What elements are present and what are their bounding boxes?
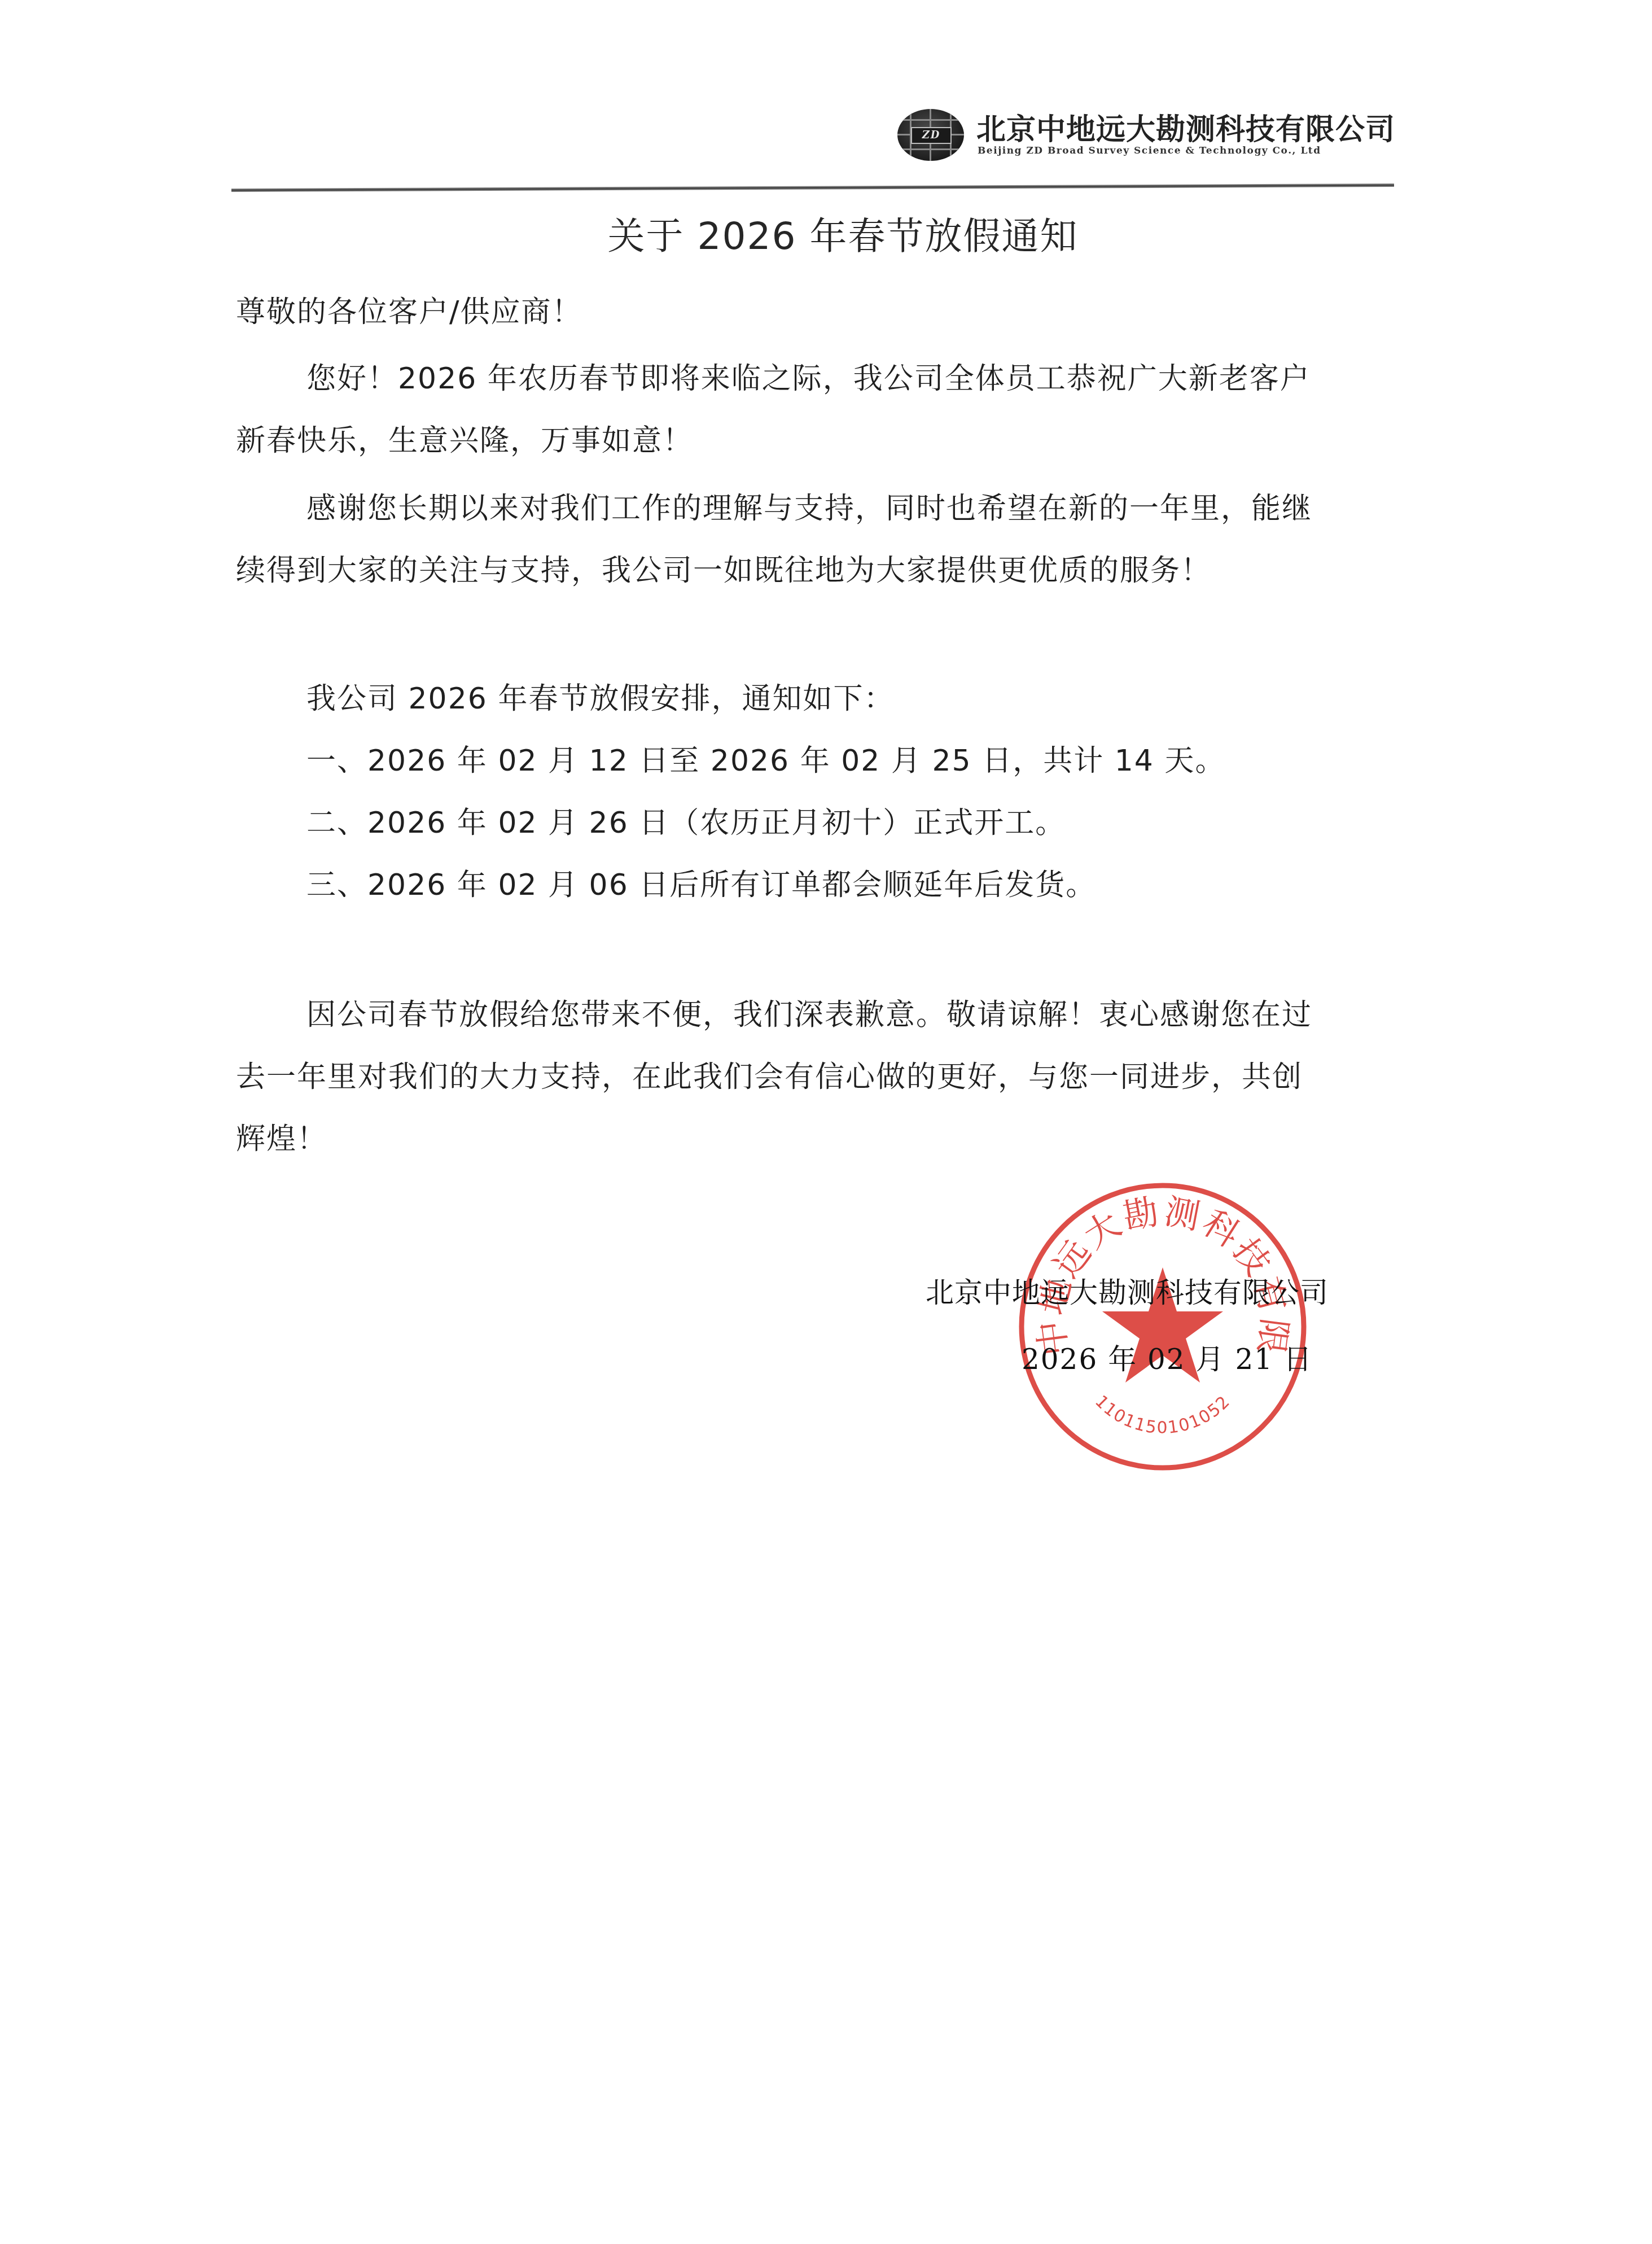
letterhead-company-name-en: Beijing ZD Broad Survey Science & Techno… xyxy=(978,145,1321,156)
stamp-code: 1101150101052 xyxy=(1091,1392,1234,1438)
schedule-item-3: 三、2026 年 02 月 06 日后所有订单都会顺延年后发货。 xyxy=(306,861,1096,903)
thanks-line-1: 感谢您长期以来对我们工作的理解与支持，同时也希望在新的一年里，能继 xyxy=(306,484,1312,527)
logo-text: ZD xyxy=(911,127,952,144)
company-logo-globe-icon: ZD xyxy=(897,109,964,161)
letterhead-company-name-cn: 北京中地远大勘测科技有限公司 xyxy=(976,106,1395,148)
notice-title: 关于 2026 年春节放假通知 xyxy=(0,206,1652,260)
greeting-line-2: 新春快乐，生意兴隆，万事如意！ xyxy=(236,417,693,459)
header-divider xyxy=(231,183,1394,192)
schedule-intro: 我公司 2026 年春节放假安排，通知如下： xyxy=(306,675,894,717)
greeting-line-1: 您好！2026 年农历春节即将来临之际，我公司全体员工恭祝广大新老客户 xyxy=(306,355,1311,397)
salutation: 尊敬的各位客户/供应商！ xyxy=(236,288,582,330)
signature-date: 2026 年 02 月 21 日 xyxy=(1022,1337,1313,1377)
document-page: ZD 北京中地远大勘测科技有限公司 Beijing ZD Broad Surve… xyxy=(0,0,1652,2244)
closing-line-3: 辉煌！ xyxy=(236,1115,327,1157)
signature-company: 北京中地远大勘测科技有限公司 xyxy=(926,1270,1329,1311)
svg-text:1101150101052: 1101150101052 xyxy=(1091,1392,1234,1438)
company-seal-stamp: 北京中地远大勘测科技有限公司 1101150101052 xyxy=(1013,1177,1312,1476)
letterhead: ZD 北京中地远大勘测科技有限公司 Beijing ZD Broad Surve… xyxy=(897,104,1405,167)
closing-line-2: 去一年里对我们的大力支持，在此我们会有信心做的更好，与您一同进步，共创 xyxy=(236,1053,1303,1095)
thanks-line-2: 续得到大家的关注与支持，我公司一如既往地为大家提供更优质的服务！ xyxy=(236,546,1211,589)
schedule-item-1: 一、2026 年 02 月 12 日至 2026 年 02 月 25 日，共计 … xyxy=(306,737,1225,779)
closing-line-1: 因公司春节放假给您带来不便，我们深表歉意。敬请谅解！衷心感谢您在过 xyxy=(306,991,1312,1033)
schedule-item-2: 二、2026 年 02 月 26 日（农历正月初十）正式开工。 xyxy=(306,799,1066,841)
